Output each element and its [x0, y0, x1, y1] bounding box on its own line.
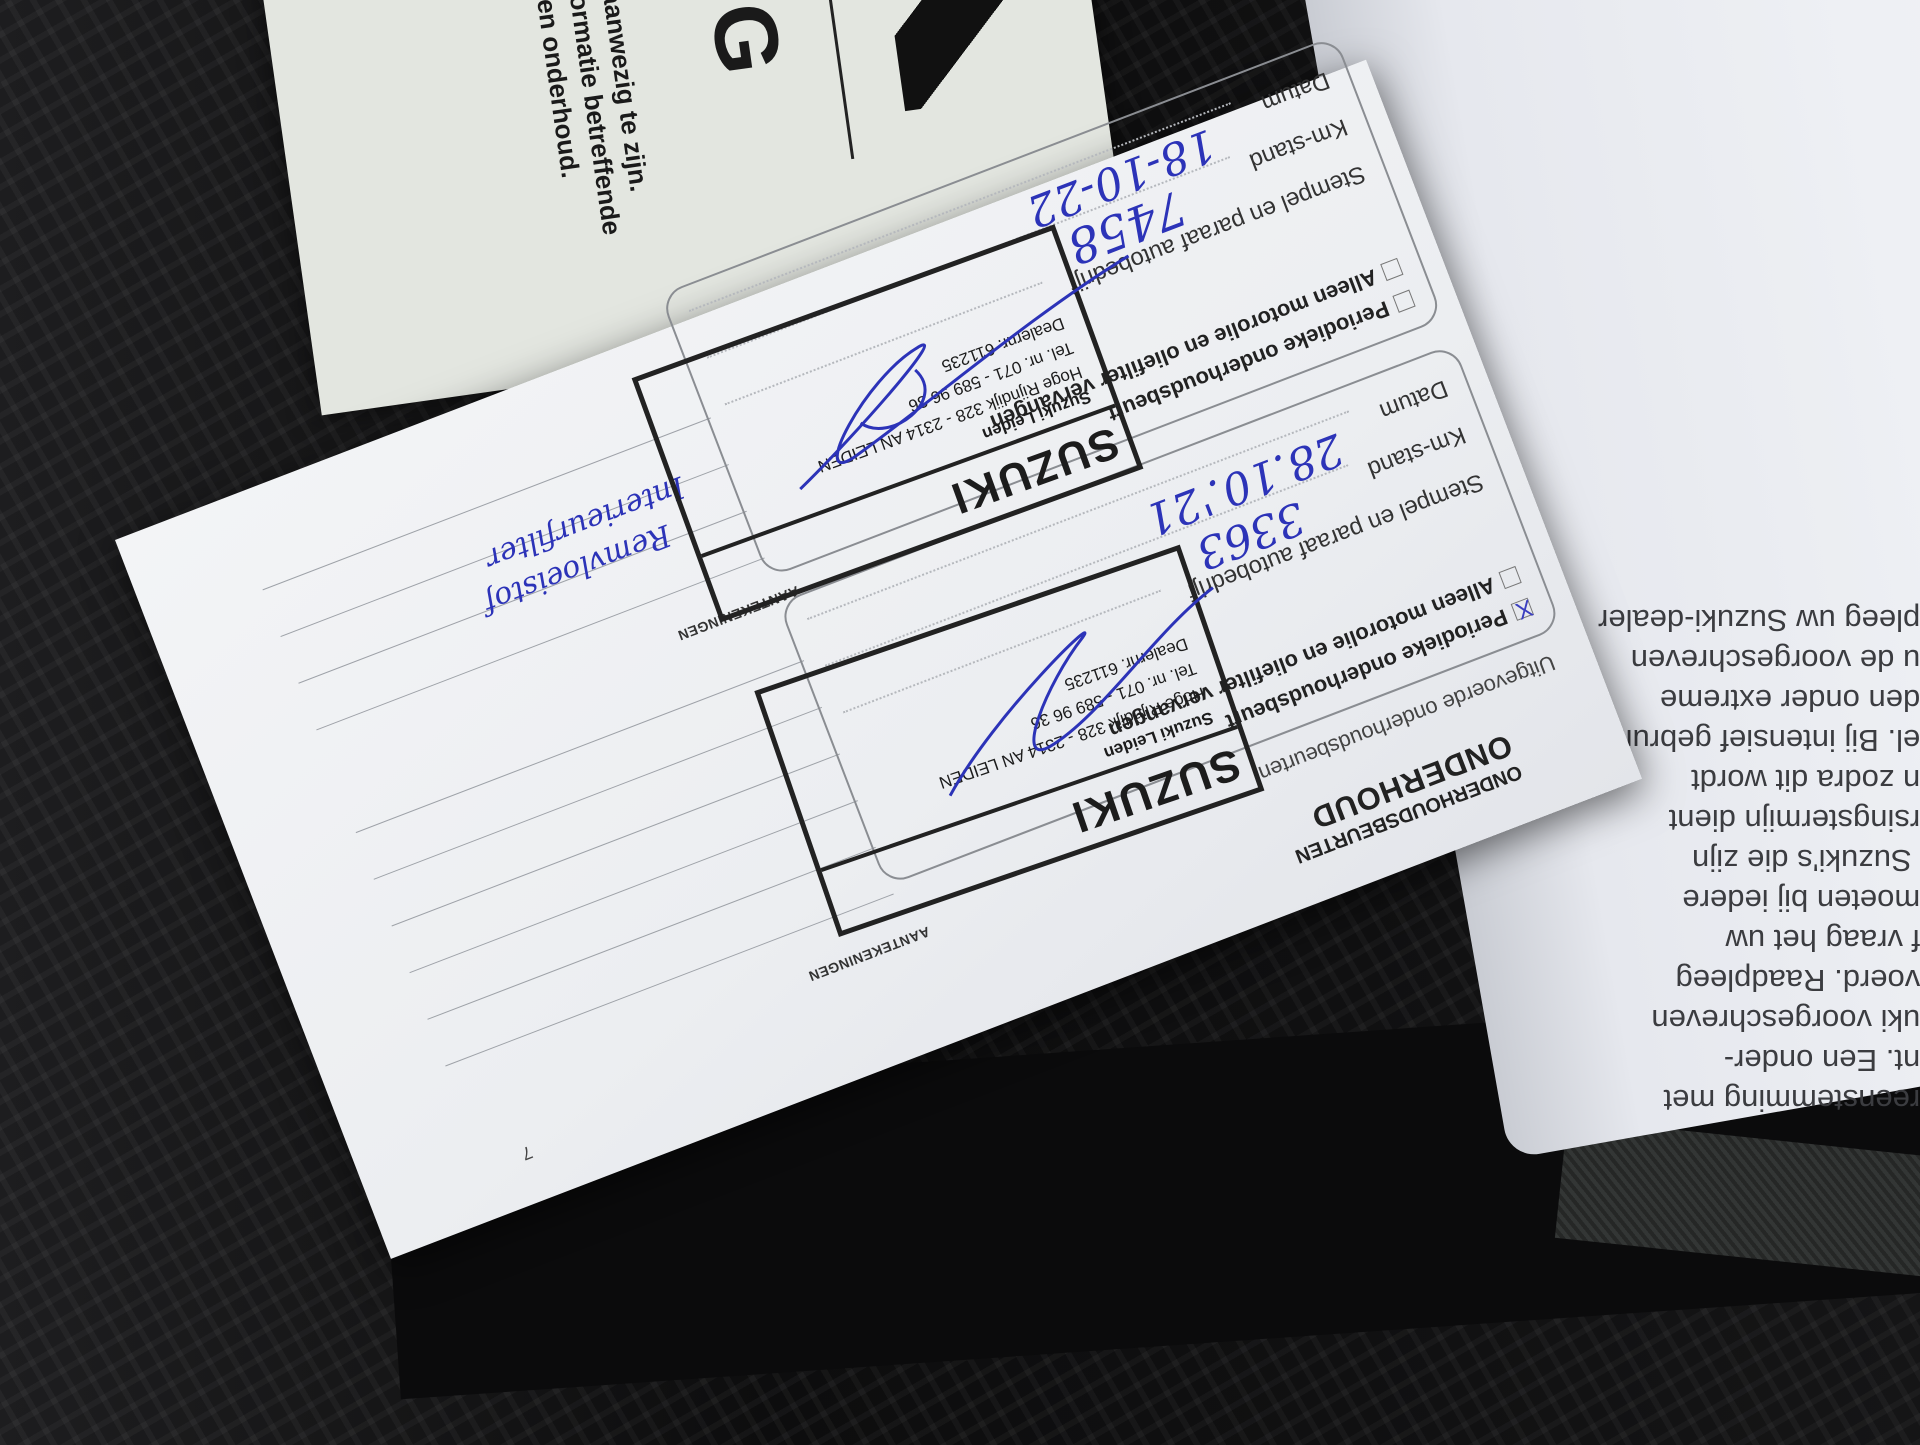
label-date: Datum [1375, 374, 1451, 425]
label-km: Km-stand [1364, 420, 1470, 483]
checkbox-icon[interactable] [1498, 566, 1521, 589]
note-line [392, 753, 840, 926]
booklet-left-page: 7 AANTEKENINGEN AANTEKENINGEN Remvloeist… [115, 60, 1642, 1259]
service-booklet: reenstemming met nt. Een onder- uki voor… [60, 0, 1920, 1445]
right-page-text: reenstemming met nt. Een onder- uki voor… [1598, 600, 1920, 1120]
label-date: Datum [1257, 66, 1333, 117]
page-content-rotated: 7 AANTEKENINGEN AANTEKENINGEN Remvloeist… [115, 60, 1642, 1259]
note-line [427, 847, 875, 1020]
note-line [356, 660, 804, 833]
note-line [374, 707, 822, 880]
checkbox-icon[interactable] [1511, 598, 1534, 621]
label-km: Km-stand [1245, 112, 1351, 175]
note-line [445, 894, 893, 1067]
note-line [409, 800, 857, 973]
checkbox-icon[interactable] [1380, 258, 1403, 281]
notes-label-top: AANTEKENINGEN [806, 924, 932, 985]
checkbox-icon[interactable] [1392, 290, 1415, 313]
page-number: 7 [518, 1141, 535, 1164]
